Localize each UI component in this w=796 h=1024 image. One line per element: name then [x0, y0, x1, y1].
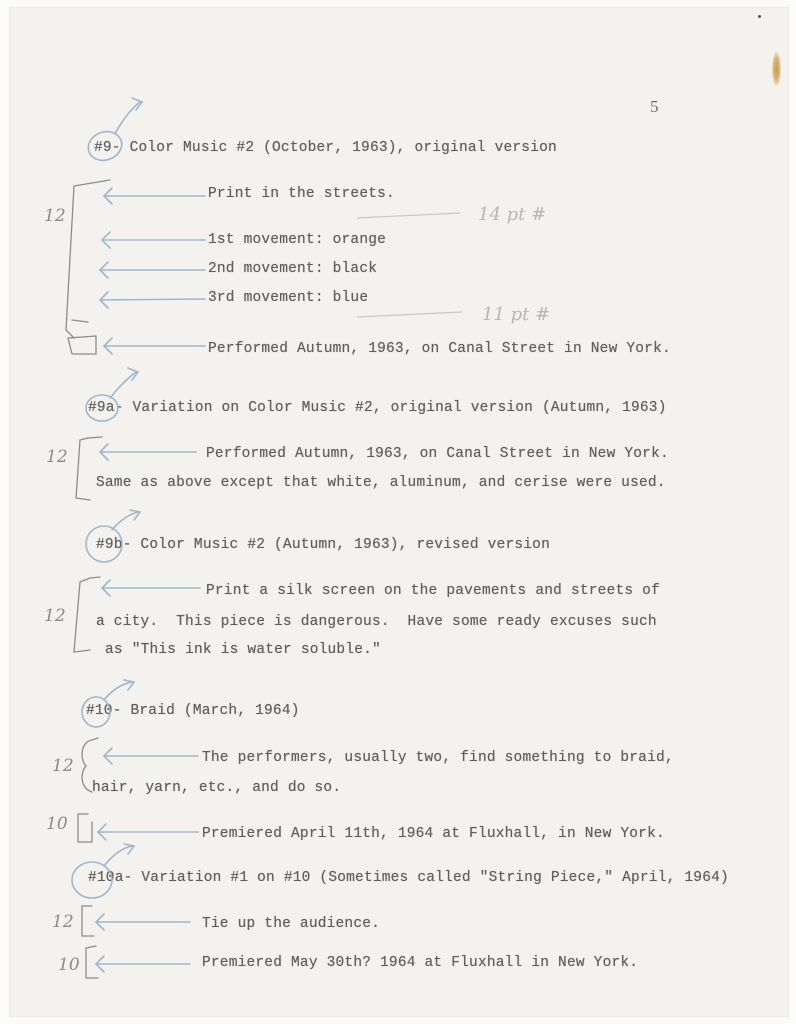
size-mark: 12 [44, 606, 66, 626]
size-mark: 10 [46, 814, 68, 834]
entry-line: hair, yarn, etc., and do so. [92, 780, 341, 796]
entry-line: Performed Autumn, 1963, on Canal Street … [206, 446, 669, 462]
entry-line: Same as above except that white, aluminu… [96, 475, 666, 491]
entry-heading-10a: #10a- Variation #1 on #10 (Sometimes cal… [88, 870, 729, 886]
entry-line: Tie up the audience. [202, 916, 380, 932]
entry-line: a city. This piece is dangerous. Have so… [96, 614, 657, 630]
entry-line: as "This ink is water soluble." [105, 642, 381, 658]
entry-line: Print a silk screen on the pavements and… [206, 583, 660, 599]
paper-speck [758, 15, 761, 18]
entry-line: 3rd movement: blue [208, 290, 368, 306]
size-mark: 12 [46, 447, 68, 467]
paper-stain [772, 52, 781, 86]
entry-line: 2nd movement: black [208, 261, 377, 277]
size-mark: 12 [44, 206, 66, 226]
entry-line: Performed Autumn, 1963, on Canal Street … [208, 341, 671, 357]
entry-line: The performers, usually two, find someth… [202, 750, 674, 766]
size-mark: 10 [58, 955, 80, 975]
entry-heading-9: #9- Color Music #2 (October, 1963), orig… [94, 140, 557, 156]
entry-line: 1st movement: orange [208, 232, 386, 248]
point-note: 11 pt # [482, 304, 550, 325]
entry-line: Premiered May 30th? 1964 at Fluxhall in … [202, 955, 638, 971]
entry-line: Print in the streets. [208, 186, 395, 202]
size-mark: 12 [52, 756, 74, 776]
entry-heading-9a: #9a- Variation on Color Music #2, origin… [88, 400, 667, 416]
size-mark: 12 [52, 912, 74, 932]
entry-heading-9b: #9b- Color Music #2 (Autumn, 1963), revi… [96, 537, 550, 553]
page-number: 5 [650, 97, 659, 117]
document-page [10, 8, 788, 1016]
entry-heading-10: #10- Braid (March, 1964) [86, 703, 300, 719]
point-note: 14 pt # [478, 204, 546, 225]
entry-line: Premiered April 11th, 1964 at Fluxhall, … [202, 826, 665, 842]
